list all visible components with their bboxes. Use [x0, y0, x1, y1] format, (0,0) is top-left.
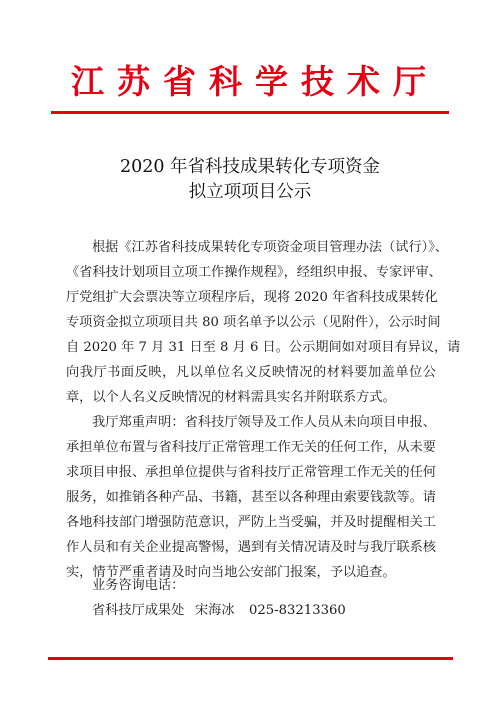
document-title-line-2: 拟立项项目公示	[0, 180, 500, 204]
body-line: 根据《江苏省科技成果转化专项资金项目管理办法（试行）》、	[92, 236, 436, 260]
body-line: 服务，如推销各种产品、书籍，甚至以各种理由索要钱款等。请	[66, 486, 436, 510]
body-line: 各地科技部门增强防范意识，严防上当受骗，并及时提醒相关工	[66, 511, 436, 535]
letterhead-divider-top	[51, 111, 449, 114]
document-title-line-1: 2020 年省科技成果转化专项资金	[0, 155, 500, 179]
body-line: 自 2020 年 7 月 31 日至 8 月 6 日。公示期间如对项目有异议，请	[66, 336, 436, 360]
letterhead-organization: 江苏省科学技术厅	[0, 62, 500, 102]
body-line: 章，以个人名义反映情况的材料需具实名并附联系方式。	[66, 386, 436, 410]
body-line: 承担单位布置与省科技厅正常管理工作无关的任何工作，从未要	[66, 436, 436, 460]
contact-person: 宋海冰	[195, 599, 235, 623]
body-line: 作人员和有关企业提高警惕，遇到有关情况请及时与我厅联系核	[66, 536, 436, 560]
footer-divider	[48, 657, 453, 660]
body-line: 《省科技计划项目立项工作操作规程》，经组织申报、专家评审、	[66, 261, 436, 285]
contact-label: 业务咨询电话：	[92, 574, 184, 598]
body-line: 厅党组扩大会票决等立项程序后，现将 2020 年省科技成果转化	[66, 286, 436, 310]
contact-phone: 025-83213360	[249, 599, 346, 623]
body-line: 专项资金拟立项项目共 80 项名单予以公示（见附件），公示时间	[66, 311, 436, 335]
body-line: 求项目申报、承担单位提供与省科技厅正常管理工作无关的任何	[66, 461, 436, 485]
body-line: 向我厅书面反映，凡以单位名义反映情况的材料要加盖单位公	[66, 361, 436, 385]
contact-department: 省科技厅成果处	[92, 599, 184, 623]
body-line: 我厅郑重声明：省科技厅领导及工作人员从未向项目申报、	[92, 411, 436, 435]
